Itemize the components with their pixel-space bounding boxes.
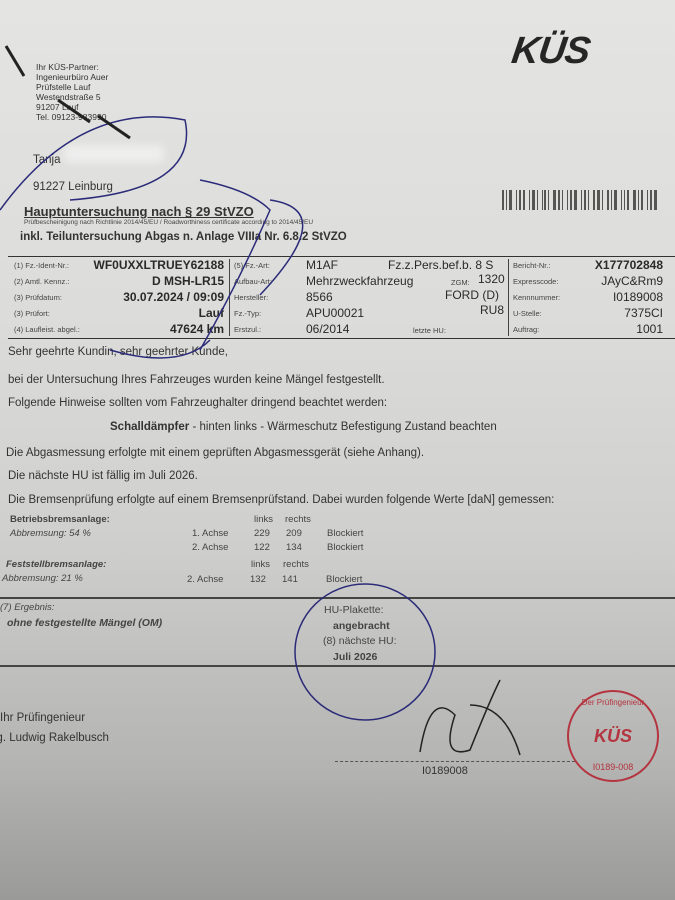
brake-axle: 1. Achse <box>192 528 228 539</box>
brake-axle: 2. Achse <box>192 542 228 553</box>
brake-right: 141 <box>282 574 298 585</box>
brake-status: Blockiert <box>326 574 362 585</box>
stamp-logo: KÜS <box>569 726 657 747</box>
stamp-bottom-text: I0189-008 <box>569 762 657 772</box>
inspector-stamp: Der Prüfingenieur KÜS I0189-008 <box>567 690 659 782</box>
brake-status: Blockiert <box>327 542 363 553</box>
brake-left: 132 <box>250 574 266 585</box>
brake-right: 209 <box>286 528 302 539</box>
brake-right: 134 <box>286 542 302 553</box>
stamp-top-text: Der Prüfingenieur <box>569 698 657 707</box>
brake-left: 122 <box>254 542 270 553</box>
brake-status: Blockiert <box>327 528 363 539</box>
brake-axle: 2. Achse <box>187 574 223 585</box>
brake-left: 229 <box>254 528 270 539</box>
